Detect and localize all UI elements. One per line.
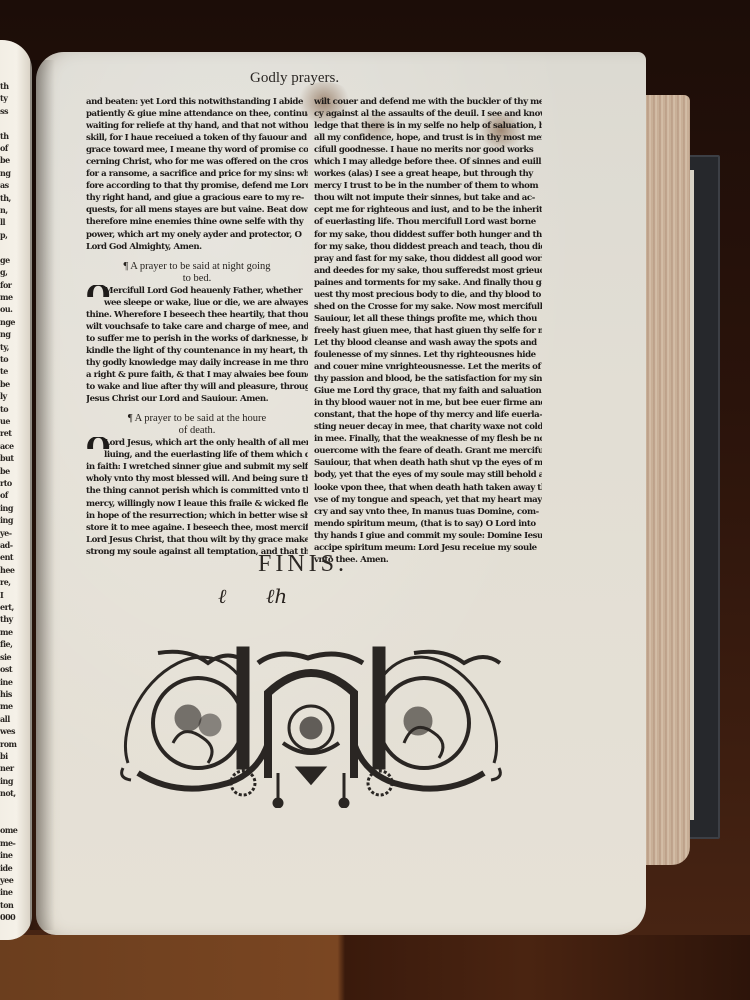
text-line: in faith: I wretched sinner giue and sub…: [86, 461, 308, 473]
text-line: Sauiour, that when death hath shut vp th…: [314, 457, 542, 469]
text-line: sting neuer decay in mee, that charity w…: [314, 421, 542, 433]
text-line: vse of my tongue and speach, yet that my…: [314, 494, 542, 506]
text-line: waiting for reliefe at thy hand, and tha…: [86, 120, 308, 132]
text-line: OMercifull Lord God heauenly Father, whe…: [86, 285, 308, 297]
left-column: and beaten: yet Lord this notwithstandin…: [86, 96, 308, 558]
text-line: liuing, and the euerlasting life of them…: [86, 449, 308, 461]
prayer-heading-death-line1: ¶ A prayer to be said at the houre: [86, 413, 308, 425]
text-line: for my sake, thou diddest preach and tea…: [314, 241, 542, 253]
handwritten-mark: ℓh: [266, 584, 287, 609]
woodcut-ornament-icon: [118, 643, 504, 808]
text-line: store it to mee againe. I beseech thee, …: [86, 522, 308, 534]
text-line: freely hast giuen mee, that hast giuen t…: [314, 325, 542, 337]
text-line: for a ransome, a sacrifice and price for…: [86, 168, 308, 180]
text-line: shed on the Crosse for my sake. Now most…: [314, 301, 542, 313]
text-line: mercy I trust to be in the number of the…: [314, 180, 542, 192]
text-line: of euerlasting life. Thou mercifull Lord…: [314, 216, 542, 228]
text-line: and couer mine vnrighteousnesse. Let the…: [314, 361, 542, 373]
text-line: Sauiour, let all these things profite me…: [314, 313, 542, 325]
text-line: Let thy blood cleanse and wash away the …: [314, 337, 542, 349]
continued-prayer: and beaten: yet Lord this notwithstandin…: [86, 96, 308, 253]
text-line: the thing cannot perish which is committ…: [86, 485, 308, 497]
text-line: cerning Christ, who for me was offered o…: [86, 156, 308, 168]
text-line: thy right hand, and giue a gracious eare…: [86, 192, 308, 204]
text-line: workes (alas) I see a great heape, but t…: [314, 168, 542, 180]
text-line: thy hands I giue and commit my soule: Do…: [314, 530, 542, 542]
text-line: mendo spiritum meum, (that is to say) O …: [314, 518, 542, 530]
text-line: thy passion and blood, be the satisfacti…: [314, 373, 542, 385]
text-line: thy godly knowledge may daily increase i…: [86, 357, 308, 369]
text-line: pray and fast for my sake, thou diddest …: [314, 253, 542, 265]
wooden-table: [0, 935, 750, 1000]
text-line: Lord God Almighty, Amen.: [86, 241, 308, 253]
drop-cap: O: [86, 437, 110, 449]
text-line: grace toward mee, I meane thy word of pr…: [86, 144, 308, 156]
running-head: Godly prayers.: [250, 70, 339, 87]
text-line: kindle the light of thy countenance in m…: [86, 345, 308, 357]
text-line: vnto thee. Amen.: [314, 554, 542, 566]
text-line: fore according to that thy promise, defe…: [86, 180, 308, 192]
text-line: and beaten: yet Lord this notwithstandin…: [86, 96, 308, 108]
text-line: paines and torments for my sake. And fin…: [314, 277, 542, 289]
text-line: ouercome with the feare of death. Grant …: [314, 445, 542, 457]
text-line: wee sleepe or wake, liue or die, we are …: [86, 297, 308, 309]
text-line: uest thy most precious body to die, and …: [314, 289, 542, 301]
handwritten-mark: ℓ: [218, 584, 226, 609]
text-line: ledge that there is in my selfe no help …: [314, 120, 542, 132]
text-line: body, yet that the eyes of my soule may …: [314, 469, 542, 481]
text-line: constant, that the hope of thy mercy and…: [314, 409, 542, 421]
text-line: Jesus Christ our Lord and Sauiour. Amen.: [86, 393, 308, 405]
text-line: looke vpon thee, that when death hath ta…: [314, 482, 542, 494]
prayer-night-body: OMercifull Lord God heauenly Father, whe…: [86, 285, 308, 405]
text-line: wholy vnto thy most blessed will. And be…: [86, 473, 308, 485]
text-line: skill, for I haue receiued a token of th…: [86, 132, 308, 144]
text-line: in thy blood wauer not in me, but bee eu…: [314, 397, 542, 409]
text-line: cept me for righteous and iust, and to b…: [314, 204, 542, 216]
text-line: a right & pure faith, & that I may alwai…: [86, 369, 308, 381]
text-line: which I may alledge before thee. Of sinn…: [314, 156, 542, 168]
facing-page-edge: th ty ss th of be ng as th, n, ll p, ge …: [0, 40, 32, 940]
text-line: and deedes for my sake, thou sufferedst …: [314, 265, 542, 277]
text-line: foulenesse of my sinnes. Let thy righteo…: [314, 349, 542, 361]
text-line: therefore mine enemies thine owne selfe …: [86, 216, 308, 228]
drop-cap: O: [86, 285, 110, 297]
text-line: thou wilt not impute their sinnes, but t…: [314, 192, 542, 204]
text-line: to suffer me to perish in the works of d…: [86, 333, 308, 345]
facing-page-text: th ty ss th of be ng as th, n, ll p, ge …: [0, 80, 32, 924]
gutter-shadow: [30, 60, 55, 930]
text-line: in mee. Finally, that the weaknesse of m…: [314, 433, 542, 445]
text-line: to wake and liue after thy will and plea…: [86, 381, 308, 393]
text-line: OLord Jesus, which art the only health o…: [86, 437, 308, 449]
text-line: for my sake, thou diddest suffer both hu…: [314, 229, 542, 241]
prayer-heading-death-line2: of death.: [86, 425, 308, 437]
text-line: cry and say vnto thee, In manus tuas Dom…: [314, 506, 542, 518]
prayer-heading-night-line2: to bed.: [86, 273, 308, 285]
text-line: thine. Wherefore I beseech thee heartily…: [86, 309, 308, 321]
text-line: Giue me Lord thy grace, that my faith an…: [314, 385, 542, 397]
text-line: accipe spiritum meum: Lord Jesu receiue …: [314, 542, 542, 554]
text-line: wilt couer and defend me with the buckle…: [314, 96, 542, 108]
text-line: cifull goodnesse. I haue no merits nor g…: [314, 144, 542, 156]
prayer-death-body: OLord Jesus, which art the only health o…: [86, 437, 308, 557]
text-line: mercy, willingly now I leaue this fraile…: [86, 498, 308, 510]
colophon-finis: FINIS.: [258, 551, 348, 578]
text-line: quests, for all mens stayes are but vain…: [86, 204, 308, 216]
text-line: patiently & giue mine attendance on thee…: [86, 108, 308, 120]
right-column: wilt couer and defend me with the buckle…: [314, 96, 542, 566]
text-line: Lord Jesus Christ, that thou wilt by thy…: [86, 534, 308, 546]
text-line: all my confidence, hope, and trust is in…: [314, 132, 542, 144]
text-line: in hope of the resurrection; which in be…: [86, 510, 308, 522]
prayer-heading-night-line1: ¶ A prayer to be said at night going: [86, 261, 308, 273]
text-line: cy against al the assaults of the deuil.…: [314, 108, 542, 120]
text-line: power, which art my onely ayder and prot…: [86, 229, 308, 241]
text-line: wilt vouchsafe to take care and charge o…: [86, 321, 308, 333]
